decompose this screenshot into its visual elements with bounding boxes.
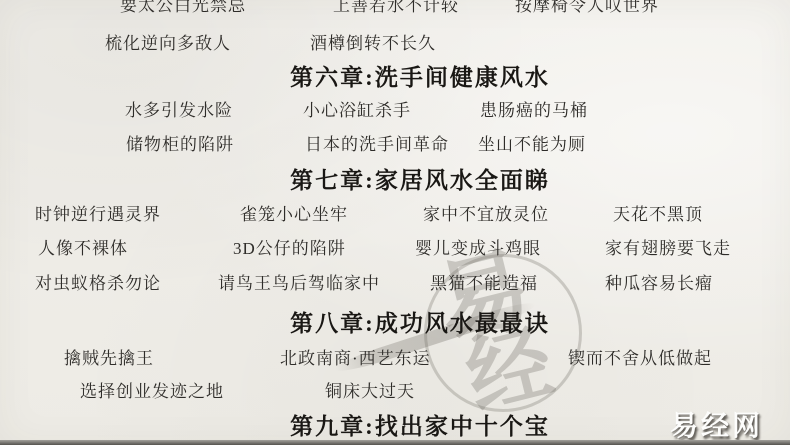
toc-item: 选择创业发迹之地 — [80, 377, 224, 402]
toc-item: 天花不黑顶 — [613, 200, 703, 225]
toc-item: 铜床大过天 — [325, 377, 415, 402]
toc-item: 要太公白光禁忌 — [120, 0, 246, 16]
toc-item: 家中不宜放灵位 — [423, 200, 549, 225]
toc-item: 上善若水不计较 — [333, 0, 459, 16]
toc-item: 对虫蚁格杀勿论 — [35, 269, 161, 294]
toc-item: 3D公仔的陷阱 — [233, 234, 346, 259]
toc-item: 雀笼小心坐牢 — [240, 200, 348, 225]
toc-item: 请鸟王鸟后驾临家中 — [218, 269, 380, 294]
toc-item: 按摩椅令人叹世界 — [515, 0, 659, 16]
toc-item: 北政南商·西艺东运 — [280, 344, 431, 369]
toc-item: 时钟逆行遇灵界 — [35, 200, 161, 225]
toc-item: 坐山不能为厕 — [478, 130, 586, 155]
toc-item: 锲而不舍从低做起 — [568, 344, 712, 369]
toc-item: 小心浴缸杀手 — [303, 96, 411, 121]
chapter-heading-6: 第六章:洗手间健康风水 — [25, 59, 790, 92]
toc-item: 水多引发水险 — [125, 96, 233, 121]
toc-item: 储物柜的陷阱 — [126, 130, 234, 155]
toc-item: 酒樽倒转不长久 — [310, 29, 436, 54]
toc-item: 患肠癌的马桶 — [480, 96, 588, 121]
toc-item: 日本的洗手间革命 — [305, 130, 449, 155]
toc-item: 人像不裸体 — [38, 234, 128, 259]
book-toc-page: 易 经 要太公白光禁忌 上善若水不计较 按摩椅令人叹世界 梳化逆向多敌人 酒樽倒… — [0, 0, 790, 445]
page-bottom-edge — [0, 440, 790, 445]
chapter-heading-7: 第七章:家居风水全面睇 — [25, 162, 790, 195]
toc-item: 黑猫不能造福 — [430, 269, 538, 294]
chapter-heading-8: 第八章:成功风水最最诀 — [25, 305, 790, 338]
toc-item: 擒贼先擒王 — [64, 344, 154, 369]
toc-item: 家有翅膀要飞走 — [605, 234, 731, 259]
site-watermark-label: 易经网 — [670, 404, 763, 444]
toc-item: 种瓜容易长瘤 — [605, 269, 713, 294]
toc-item: 梳化逆向多敌人 — [105, 29, 231, 54]
toc-item: 婴儿变成斗鸡眼 — [415, 234, 541, 259]
